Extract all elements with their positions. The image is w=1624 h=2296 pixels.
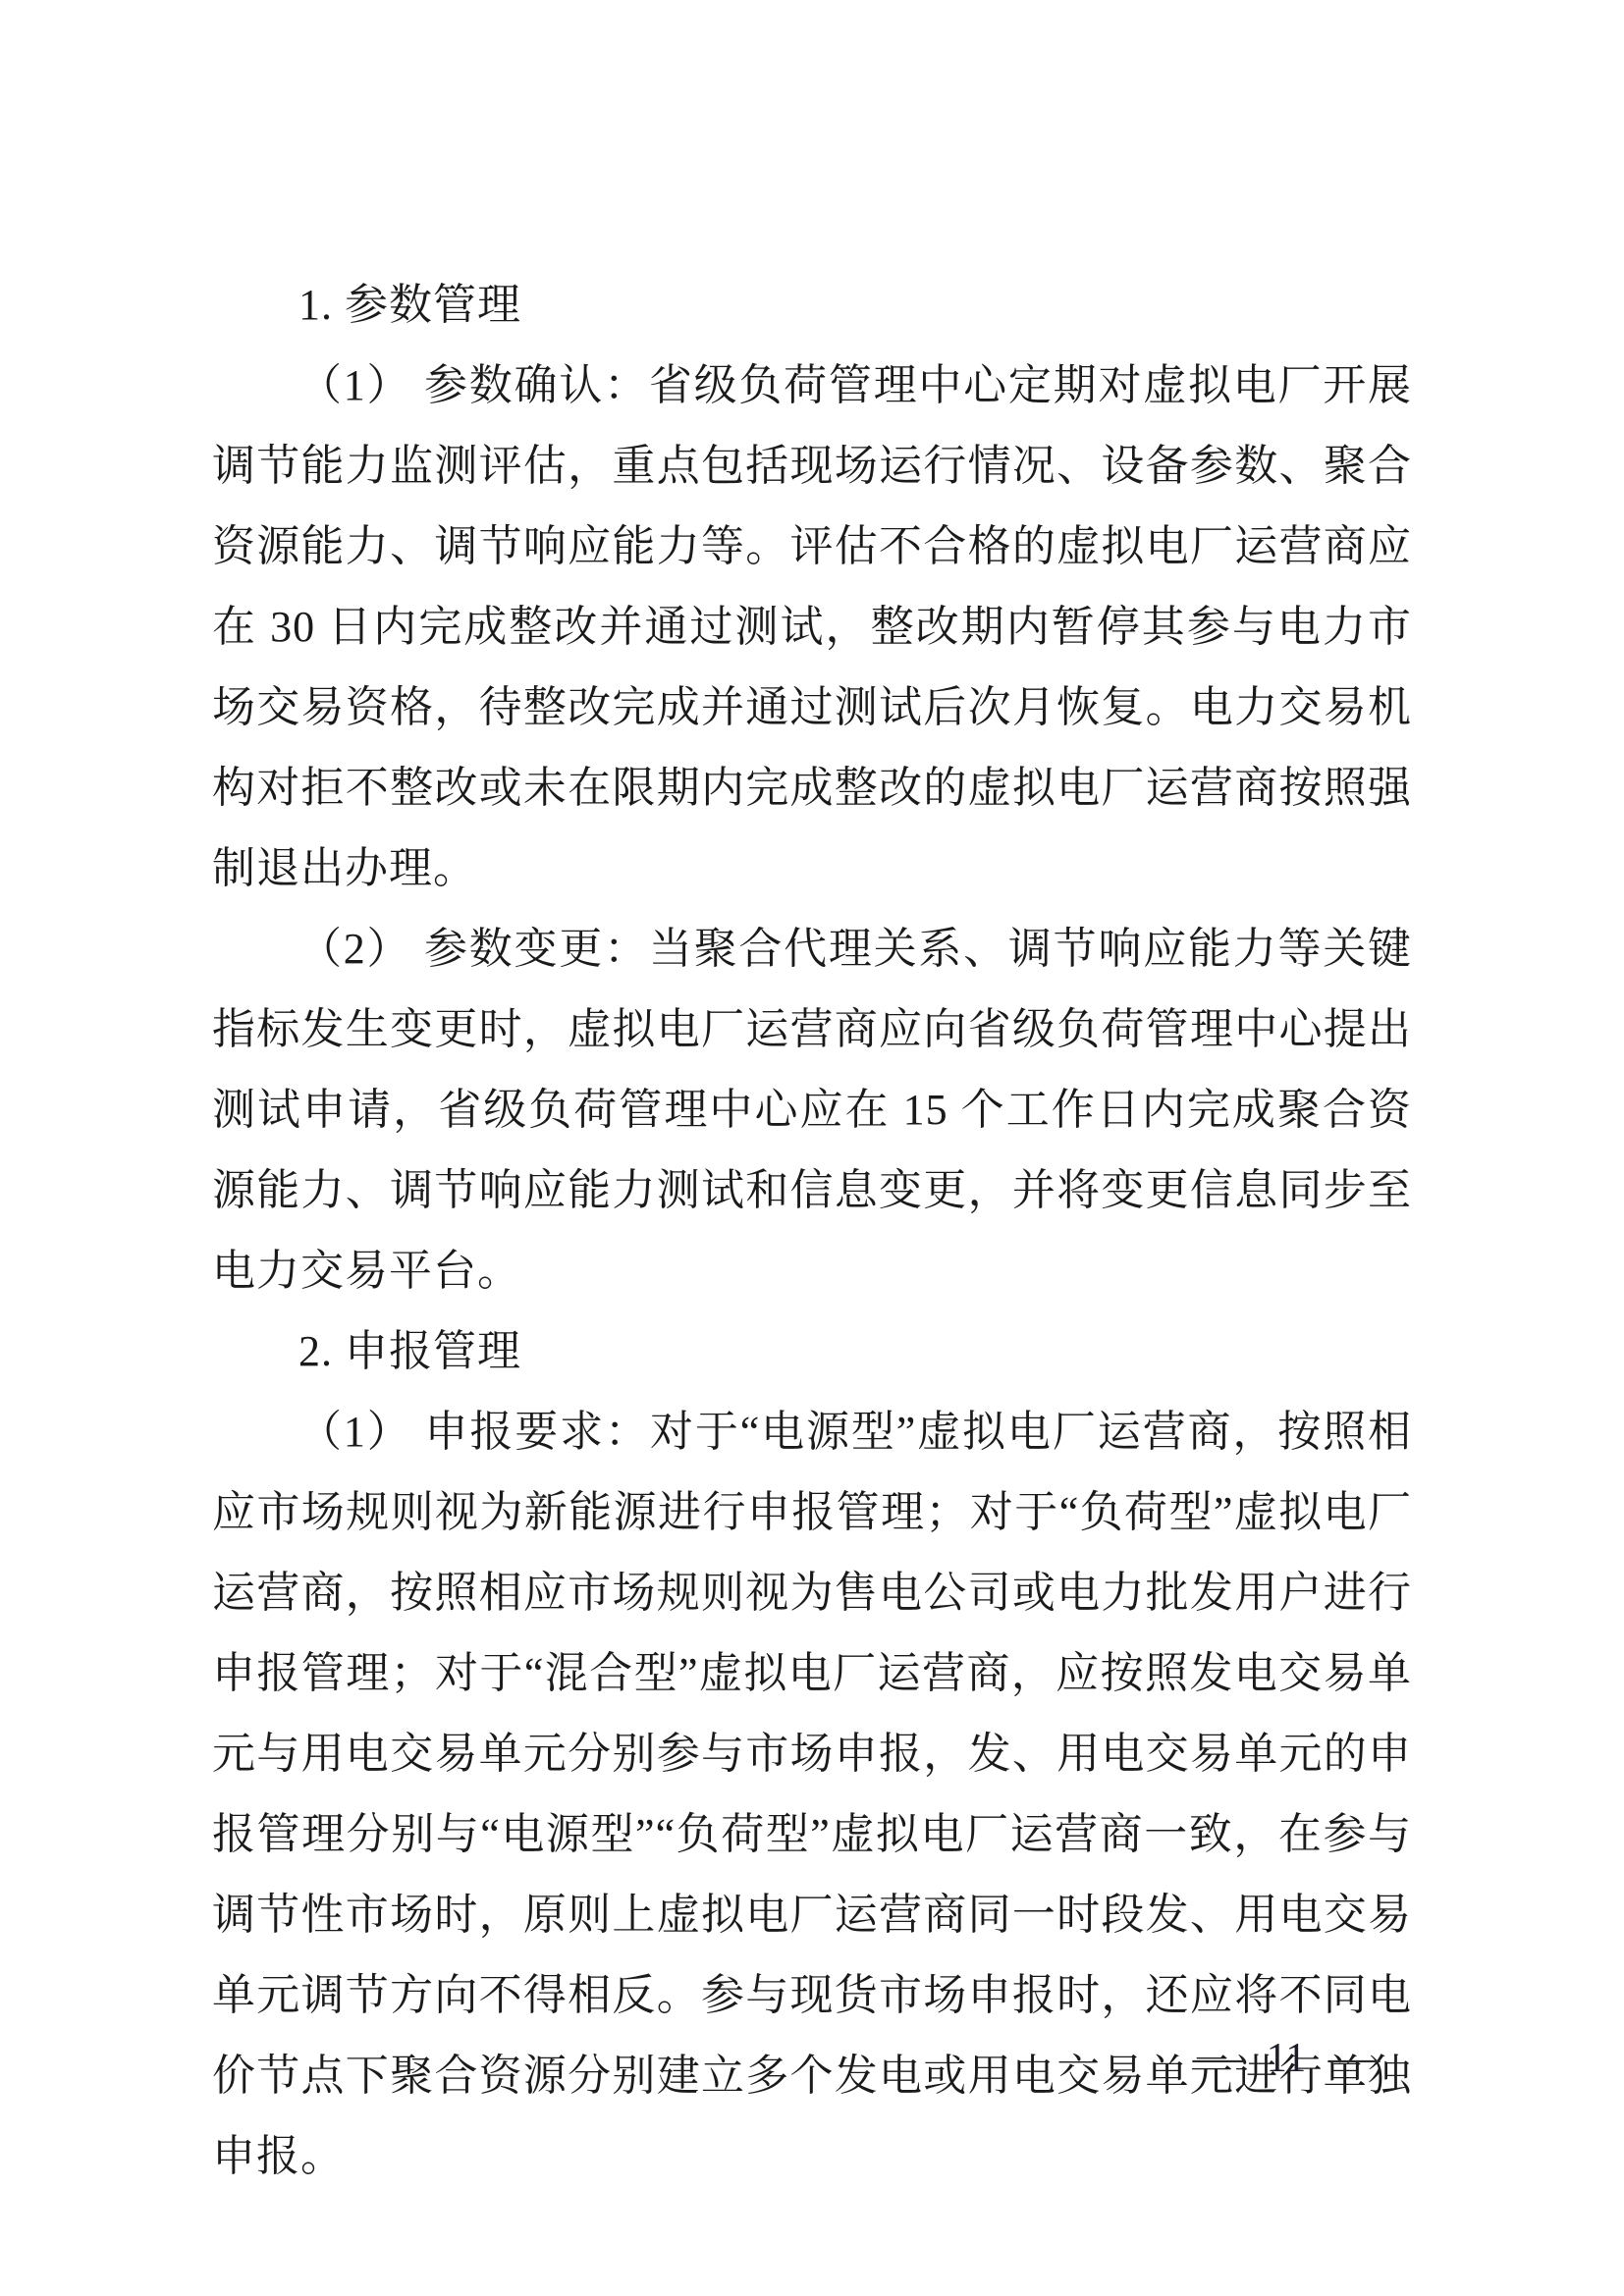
paragraph-parameter-change: （2） 参数变更：当聚合代理关系、调节响应能力等关键指标发生变更时，虚拟电厂运营… [212, 909, 1412, 1311]
document-page: 1. 参数管理 （1） 参数确认：省级负荷管理中心定期对虚拟电厂开展调节能力监测… [0, 0, 1624, 2296]
page-number: 11 [1267, 2034, 1306, 2083]
page-number-footer: — 11 — [1129, 2034, 1443, 2083]
footer-dash-right: — [1328, 2034, 1380, 2083]
section-heading-declaration-management: 2. 申报管理 [212, 1311, 1412, 1392]
paragraph-parameter-confirmation: （1） 参数确认：省级负荷管理中心定期对虚拟电厂开展调节能力监测评估，重点包括现… [212, 346, 1412, 909]
section-heading-parameter-management: 1. 参数管理 [212, 265, 1412, 346]
footer-dash-left: — [1193, 2034, 1245, 2083]
document-body: 1. 参数管理 （1） 参数确认：省级负荷管理中心定期对虚拟电厂开展调节能力监测… [212, 265, 1412, 2197]
